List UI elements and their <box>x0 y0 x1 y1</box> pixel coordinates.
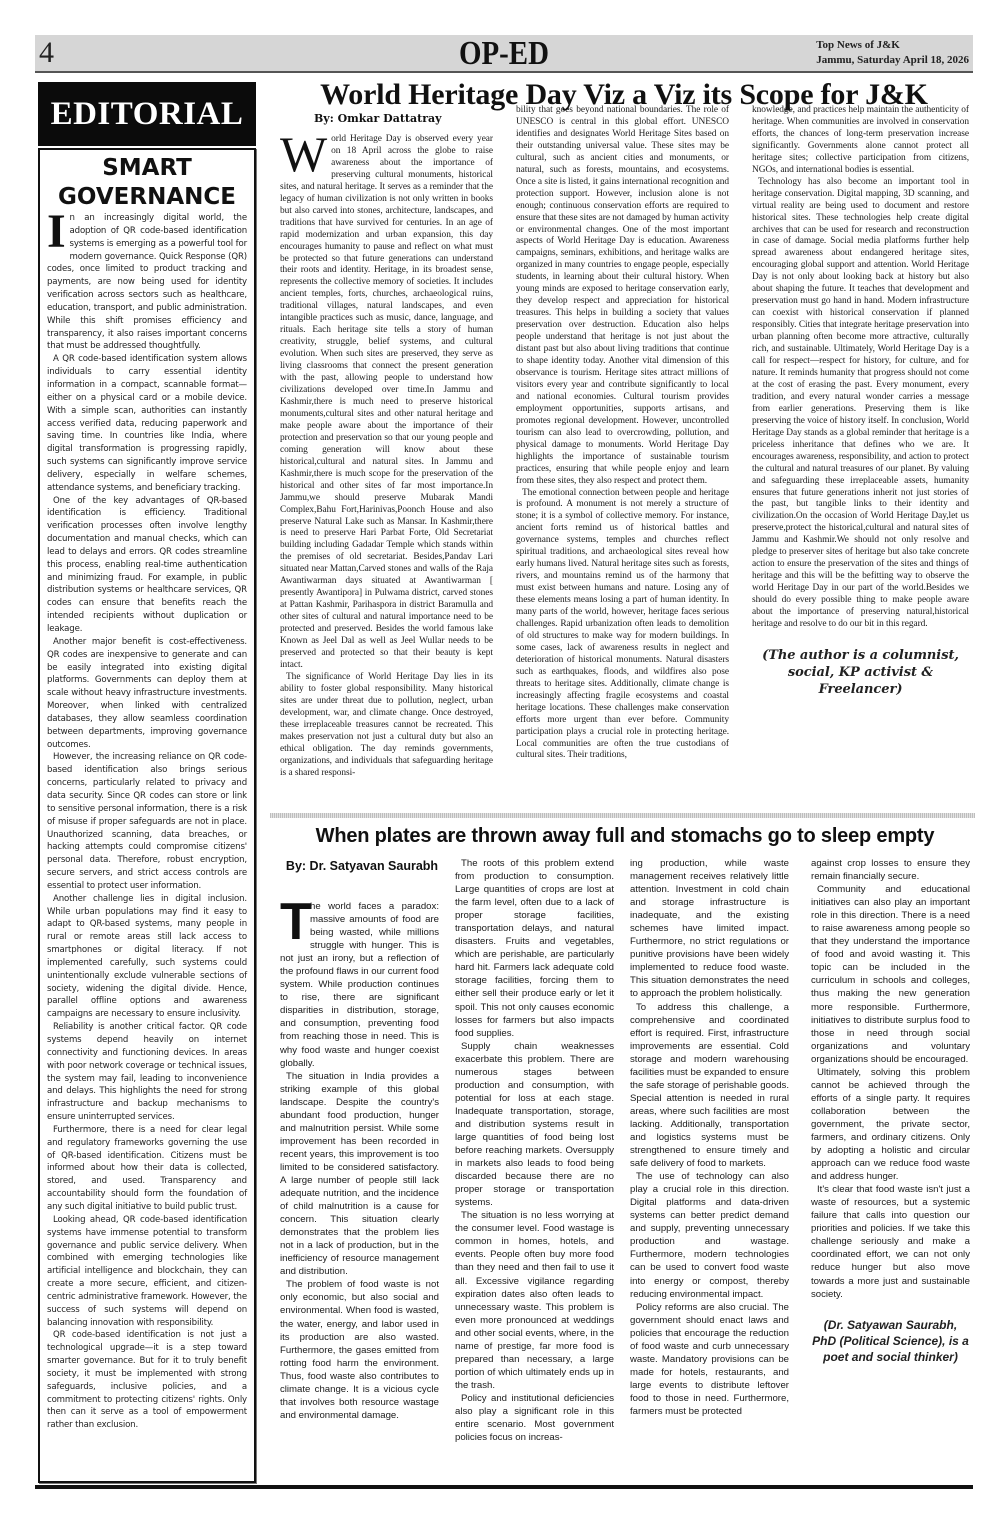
bottom-rule <box>35 1485 973 1489</box>
food-paragraph: Supply chain weaknesses exacerbate this … <box>455 1040 614 1210</box>
heritage-column-3: knowledge, and practices help maintain t… <box>752 105 969 698</box>
food-paragraph: against crop losses to ensure they remai… <box>811 857 970 883</box>
paper-name: Top News of J&K <box>816 38 969 53</box>
page-number: 4 <box>39 35 54 71</box>
editorial-paragraph: A QR code-based identification system al… <box>47 353 247 494</box>
editorial-headline: SMART GOVERNANCE <box>47 154 247 212</box>
food-paragraph: The problem of food waste is not only ec… <box>280 1278 439 1422</box>
heritage-paragraph: knowledge, and practices help maintain t… <box>752 105 969 177</box>
heritage-author-note: (The author is a columnist, social, KP a… <box>752 647 969 698</box>
editorial-box: SMART GOVERNANCE In an increasingly digi… <box>38 148 256 1483</box>
editorial-paragraph: Another major benefit is cost-effectiven… <box>47 636 247 752</box>
heritage-column-2: bility that goes beyond national boundar… <box>516 105 729 762</box>
food-column-3: ing production, while waste management r… <box>630 857 789 1418</box>
paper-info: Top News of J&K Jammu, Saturday April 18… <box>816 38 969 68</box>
editorial-paragraph: However, the increasing reliance on QR c… <box>47 751 247 892</box>
editorial-paragraph: Another challenge lies in digital inclus… <box>47 893 247 1021</box>
food-paragraph: The world faces a paradox: massive amoun… <box>280 900 439 1070</box>
food-paragraph: Community and educational initiatives ca… <box>811 883 970 1066</box>
food-column-4: against crop losses to ensure they remai… <box>811 857 970 1365</box>
section-divider <box>270 813 975 818</box>
masthead: 4 OP-ED Top News of J&K Jammu, Saturday … <box>35 35 973 73</box>
food-paragraph: The roots of this problem extend from pr… <box>455 857 614 1040</box>
editorial-paragraph: Reliability is another critical factor. … <box>47 1021 247 1124</box>
editorial-paragraph: QR code-based identification is not just… <box>47 1329 247 1432</box>
food-paragraph: The situation in India provides a striki… <box>280 1070 439 1279</box>
heritage-column-1: World Heritage Day is observed every yea… <box>280 134 493 779</box>
food-paragraph: The situation is no less worrying at the… <box>455 1209 614 1392</box>
dateline: Jammu, Saturday April 18, 2026 <box>816 53 969 68</box>
editorial-paragraph: One of the key advantages of QR-based id… <box>47 495 247 636</box>
editorial-body: In an increasingly digital world, the ad… <box>47 212 247 1432</box>
food-paragraph: ing production, while waste management r… <box>630 857 789 1001</box>
heritage-dropcap: W <box>280 136 327 172</box>
section-title: OP-ED <box>105 35 902 73</box>
food-column-1: The world faces a paradox: massive amoun… <box>280 900 439 1422</box>
food-paragraph: It's clear that food waste isn't just a … <box>811 1183 970 1300</box>
heritage-paragraph: World Heritage Day is observed every yea… <box>280 134 493 672</box>
heritage-paragraph: The significance of World Heritage Day l… <box>280 672 493 780</box>
editorial-paragraph: Looking ahead, QR code-based identificat… <box>47 1214 247 1330</box>
editorial-dropcap: I <box>47 213 66 251</box>
food-author-note: (Dr. Satyawan Saurabh, PhD (Political Sc… <box>811 1317 970 1365</box>
heritage-paragraph: Technology has also become an important … <box>752 177 969 631</box>
food-paragraph: Policy and institutional deficiencies al… <box>455 1392 614 1444</box>
editorial-paragraph: In an increasingly digital world, the ad… <box>47 212 247 353</box>
food-headline: When plates are thrown away full and sto… <box>270 823 980 849</box>
food-byline: By: Dr. Satyavan Saurabh <box>282 858 442 874</box>
heritage-paragraph: bility that goes beyond national boundar… <box>516 105 729 488</box>
heritage-paragraph: The emotional connection between people … <box>516 488 729 763</box>
editorial-tag: EDITORIAL <box>38 82 256 146</box>
editorial-paragraph: Furthermore, there is a need for clear l… <box>47 1124 247 1214</box>
food-paragraph: Policy reforms are also crucial. The gov… <box>630 1301 789 1418</box>
food-paragraph: The use of technology can also play a cr… <box>630 1170 789 1300</box>
food-column-2: The roots of this problem extend from pr… <box>455 857 614 1444</box>
food-paragraph: Ultimately, solving this problem cannot … <box>811 1066 970 1183</box>
food-dropcap: T <box>280 902 306 942</box>
heritage-byline: By: Omkar Dattatray <box>270 112 500 126</box>
food-paragraph: To address this challenge, a comprehensi… <box>630 1001 789 1171</box>
